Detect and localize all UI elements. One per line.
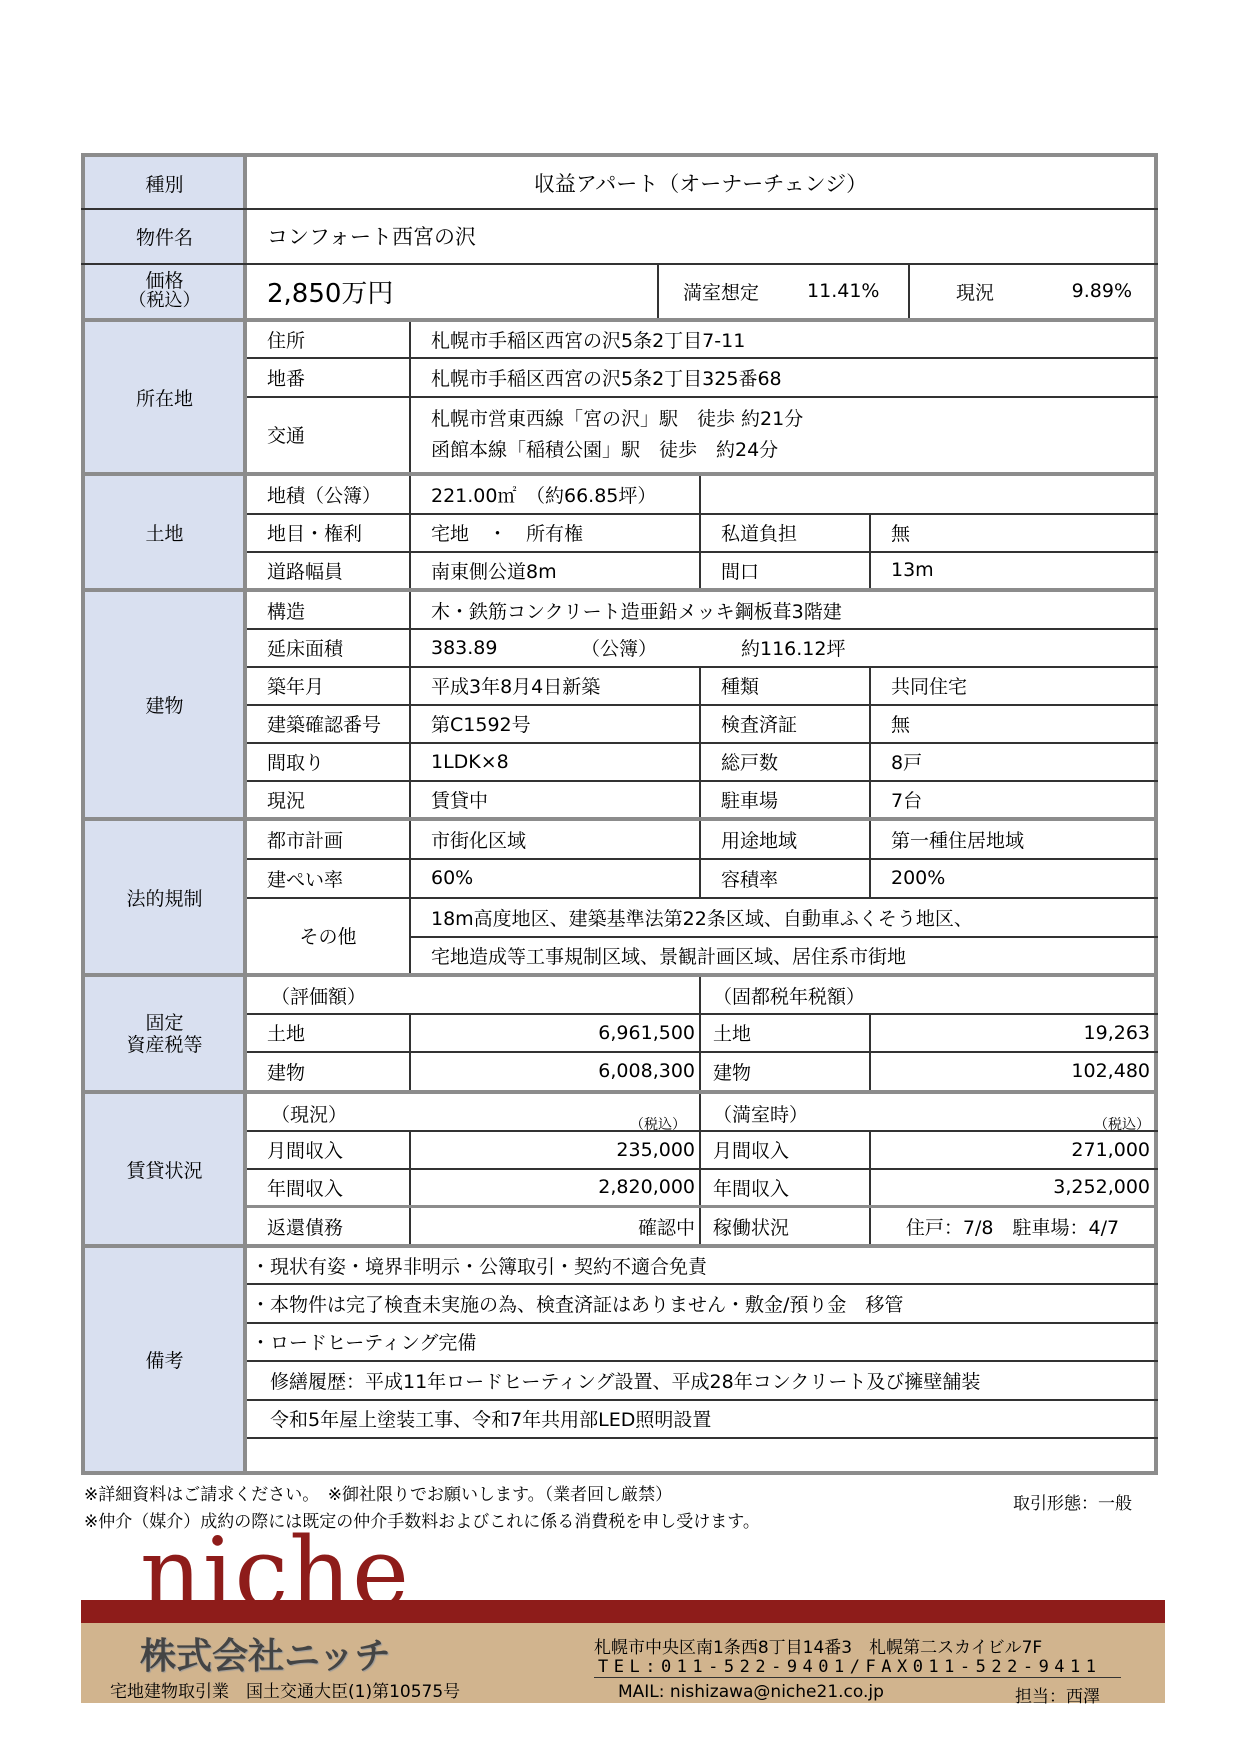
land-row-value: 221.00㎡ （約66.85坪） — [411, 476, 699, 513]
value-text: 約116.12坪 — [741, 634, 845, 661]
label-text: 資産税等 — [126, 1034, 202, 1056]
value-text: 無 — [891, 519, 910, 546]
land-row-value: 宅地 ・ 所有権 — [411, 514, 699, 551]
tax-row-label2: 建物 — [701, 1052, 869, 1090]
building-row-label2: 総戸数 — [701, 743, 869, 780]
value-text: 6,961,500 — [598, 1022, 695, 1044]
price-text: 2,850万円 — [267, 273, 393, 310]
structure-label: 構造 — [247, 592, 409, 628]
tax-row-label: 土地 — [247, 1014, 409, 1051]
value-text: 住戸：7/8 駐車場：4/7 — [906, 1213, 1119, 1240]
value-text: 18m高度地区、建築基準法第22条区域、自動車ふくそう地区、 — [431, 904, 973, 931]
legal-row-value2: 200% — [871, 859, 1154, 897]
label-text: （固都税年税額） — [713, 982, 865, 1009]
other-value-line: 宅地造成等工事規制区域、景観計画区域、居住系市街地 — [411, 937, 1154, 973]
value-text: 221.00㎡ （約66.85坪） — [431, 481, 656, 508]
yield-full-value: 11.41% — [807, 280, 879, 302]
label-remarks: 備考 — [85, 1248, 244, 1471]
value-text: 市街化区域 — [431, 826, 526, 853]
building-row-label: 現況 — [247, 781, 409, 817]
label-text: 築年月 — [267, 672, 324, 699]
value-text: 無 — [891, 710, 910, 737]
type-value: 収益アパート（オーナーチェンジ） — [247, 157, 1154, 208]
label-text: 土地 — [267, 1019, 305, 1046]
land-row-label: 地積（公簿） — [247, 476, 409, 513]
value-text: 2,820,000 — [598, 1176, 695, 1198]
label-text: 返還債務 — [267, 1213, 343, 1240]
company-name: 株式会社ニッチ — [140, 1628, 391, 1679]
building-row-label2: 検査済証 — [701, 705, 869, 742]
label-text: 月間収入 — [713, 1136, 789, 1163]
label-text: 地目・権利 — [267, 519, 362, 546]
label-text: 価格 — [145, 271, 183, 291]
tel-fax: TEL:011-522-9401/FAX011-522-9411 — [594, 1657, 1121, 1678]
label-text: 都市計画 — [267, 826, 343, 853]
rental-row-value: 2,820,000 — [411, 1169, 699, 1205]
remark-line: 令和5年屋上塗装工事、令和7年共用部LED照明設置 — [247, 1400, 1154, 1437]
label-text: 年間収入 — [713, 1174, 789, 1201]
brand-band — [81, 1600, 1165, 1623]
transit-line: 札幌市営東西線「宮の沢」駅 徒歩 約21分 — [431, 404, 803, 435]
building-row-value: 賃貸中 — [411, 781, 699, 817]
label-text: 道路幅員 — [267, 557, 343, 584]
transit-label: 交通 — [247, 397, 409, 472]
value-text: 札幌市手稲区西宮の沢5条2丁目7-11 — [431, 326, 745, 353]
remark-text: ・本物件は完了検査未実施の為、検査済証はありません・敷金/預り金 移管 — [251, 1290, 903, 1317]
annual-tax-header: （固都税年税額） — [701, 977, 1154, 1013]
label-text: 建物 — [267, 1058, 305, 1085]
remark-text: 令和5年屋上塗装工事、令和7年共用部LED照明設置 — [251, 1405, 711, 1432]
value-text: 確認中 — [638, 1213, 695, 1240]
mail-text[interactable]: MAIL: nishizawa@niche21.co.jp — [618, 1682, 884, 1702]
contact-person: 担当：西澤 — [1015, 1682, 1100, 1707]
remark-text: ・現状有姿・境界非明示・公簿取引・契約不適合免責 — [251, 1252, 707, 1279]
label-text: （税込） — [129, 291, 201, 311]
value-text: 13m — [891, 559, 934, 581]
label-text: （現況） — [271, 1100, 347, 1127]
value-text: 南東側公道8m — [431, 557, 557, 584]
price-value: 2,850万円 — [247, 264, 657, 318]
label-text: 私道負担 — [721, 519, 797, 546]
label-price: 価格 （税込） — [85, 264, 244, 318]
tax-row-value: 6,008,300 — [411, 1052, 699, 1090]
property-name: コンフォート西宮の沢 — [247, 209, 1154, 263]
tax-row-label: 建物 — [247, 1052, 409, 1090]
building-row-label: 築年月 — [247, 667, 409, 704]
value-text: 7台 — [891, 786, 922, 813]
label-text: 用途地域 — [721, 826, 797, 853]
building-row-value2: 無 — [871, 705, 1154, 742]
yield-full-label: 満室想定 — [683, 278, 759, 305]
tel-text: TEL:011-522-9401/FAX011-522-9411 — [598, 1657, 1102, 1677]
debt-label: 返還債務 — [247, 1208, 409, 1244]
label-text: 間口 — [721, 557, 759, 584]
rental-row-value2: 271,000 — [871, 1131, 1154, 1168]
value-text: 1LDK×8 — [431, 751, 509, 773]
label-location: 所在地 — [85, 322, 244, 472]
address-value: 札幌市手稲区西宮の沢5条2丁目7-11 — [411, 322, 1154, 357]
label-building: 建物 — [85, 592, 244, 817]
rental-row-label: 年間収入 — [247, 1169, 409, 1205]
label-text: 年間収入 — [267, 1174, 343, 1201]
other-label: その他 — [247, 898, 409, 973]
value-text: 383.89 — [431, 637, 581, 659]
land-row-label2: 間口 — [701, 552, 869, 588]
value-text: 8戸 — [891, 748, 922, 775]
value-text: 第C1592号 — [431, 710, 531, 737]
value-text: 札幌市手稲区西宮の沢5条2丁目325番68 — [431, 364, 782, 391]
label-text: 土地 — [713, 1019, 751, 1046]
label-land: 土地 — [85, 476, 244, 588]
label-text: 土地 — [145, 519, 183, 546]
license-text: 宅地建物取引業 国土交通大臣(1)第10575号 — [110, 1682, 460, 1702]
label-text: 検査済証 — [721, 710, 797, 737]
remark-line — [247, 1438, 1154, 1471]
occupancy-value: 住戸：7/8 駐車場：4/7 — [871, 1208, 1154, 1244]
occupancy-label: 稼働状況 — [701, 1208, 869, 1244]
contact-text: 担当：西澤 — [1015, 1687, 1100, 1707]
label-text: 建ぺい率 — [267, 865, 343, 892]
value-text: 宅地 ・ 所有権 — [431, 519, 583, 546]
tax-row-label2: 土地 — [701, 1014, 869, 1051]
label-text: 種別 — [145, 170, 183, 197]
tax-row-value2: 19,263 — [871, 1014, 1154, 1051]
value-text: 共同住宅 — [891, 672, 967, 699]
company-address: 札幌市中央区南1条西8丁目14番3 札幌第二スカイビル7F — [594, 1633, 1042, 1658]
remark-line: ・現状有姿・境界非明示・公簿取引・契約不適合免責 — [247, 1248, 1154, 1283]
remark-text: 修繕履歴：平成11年ロードヒーティング設置、平成28年コンクリート及び擁壁舗装 — [251, 1367, 980, 1394]
rental-row-label: 月間収入 — [247, 1131, 409, 1168]
label-text: 建物 — [713, 1058, 751, 1085]
label-text: 月間収入 — [267, 1136, 343, 1163]
transit-value: 札幌市営東西線「宮の沢」駅 徒歩 約21分 函館本線「稲積公園」駅 徒歩 約24… — [411, 397, 1154, 472]
label-legal: 法的規制 — [85, 821, 244, 973]
other-value-line: 18m高度地区、建築基準法第22条区域、自動車ふくそう地区、 — [411, 898, 1154, 936]
type-text: 収益アパート（オーナーチェンジ） — [534, 168, 867, 198]
note-text: ※詳細資料はご請求ください。 ※御社限りでお願いします。（業者回し厳禁） — [84, 1485, 672, 1505]
note-text: 取引形態：一般 — [1013, 1494, 1132, 1514]
label-tax: 固定 資産税等 — [85, 977, 244, 1090]
tax-row-value: 6,961,500 — [411, 1014, 699, 1051]
label-text: 地番 — [267, 364, 305, 391]
floor-area-label: 延床面積 — [247, 629, 409, 666]
legal-row-value: 市街化区域 — [411, 821, 699, 858]
remark-line: 修繕履歴：平成11年ロードヒーティング設置、平成28年コンクリート及び擁壁舗装 — [247, 1361, 1154, 1399]
value-text: 平成3年8月4日新築 — [431, 672, 600, 699]
building-row-value2: 共同住宅 — [871, 667, 1154, 704]
value-text: 235,000 — [616, 1139, 695, 1161]
label-text: （満室時） — [713, 1100, 808, 1127]
label-text: 建物 — [145, 691, 183, 718]
value-text: 6,008,300 — [598, 1060, 695, 1082]
yield-full: 満室想定 11.41% — [659, 264, 909, 318]
yield-current-label: 現況 — [956, 278, 994, 305]
land-row-label: 地目・権利 — [247, 514, 409, 551]
mail-link[interactable]: MAIL: nishizawa@niche21.co.jp — [618, 1682, 884, 1702]
label-text: 固定 — [145, 1012, 183, 1034]
address-text: 札幌市中央区南1条西8丁目14番3 札幌第二スカイビル7F — [594, 1638, 1042, 1658]
label-text: 住所 — [267, 326, 305, 353]
land-row-label: 道路幅員 — [247, 552, 409, 588]
value-text: 60% — [431, 867, 473, 889]
value-text: 宅地造成等工事規制区域、景観計画区域、居住系市街地 — [431, 942, 906, 969]
label-text: 所在地 — [136, 384, 193, 411]
land-row-value2: 無 — [871, 514, 1154, 551]
label-text: 地積（公簿） — [267, 481, 381, 508]
building-row-value: 1LDK×8 — [411, 743, 699, 780]
address-label: 住所 — [247, 322, 409, 357]
legal-row-label: 都市計画 — [247, 821, 409, 858]
label-text: 駐車場 — [721, 786, 778, 813]
land-row-value: 南東側公道8m — [411, 552, 699, 588]
value-text: 賃貸中 — [431, 786, 488, 813]
value-text: 木・鉄筋コンクリート造亜鉛メッキ鋼板葺3階建 — [431, 597, 842, 624]
license-number: 宅地建物取引業 国土交通大臣(1)第10575号 — [110, 1677, 460, 1702]
building-row-value2: 7台 — [871, 781, 1154, 817]
building-row-value: 平成3年8月4日新築 — [411, 667, 699, 704]
legal-row-label2: 容積率 — [701, 859, 869, 897]
label-text: 賃貸状況 — [126, 1156, 202, 1183]
transit-line: 函館本線「稲積公園」駅 徒歩 約24分 — [431, 435, 778, 466]
transaction-type: 取引形態：一般 — [1013, 1489, 1132, 1514]
building-row-label: 建築確認番号 — [247, 705, 409, 742]
label-text: 交通 — [267, 421, 305, 448]
note-line: ※詳細資料はご請求ください。 ※御社限りでお願いします。（業者回し厳禁） — [84, 1480, 672, 1505]
label-text: 建築確認番号 — [267, 710, 381, 737]
label-text: その他 — [299, 922, 356, 949]
lot-value: 札幌市手稲区西宮の沢5条2丁目325番68 — [411, 358, 1154, 396]
rental-row-label2: 年間収入 — [701, 1169, 869, 1205]
value-text: 271,000 — [1071, 1139, 1150, 1161]
label-rental: 賃貸状況 — [85, 1094, 244, 1244]
legal-row-value2: 第一種住居地域 — [871, 821, 1154, 858]
building-row-value: 第C1592号 — [411, 705, 699, 742]
tax-row-value2: 102,480 — [871, 1052, 1154, 1090]
label-text: 容積率 — [721, 865, 778, 892]
property-name-text: コンフォート西宮の沢 — [267, 221, 476, 251]
rental-row-value: 235,000 — [411, 1131, 699, 1168]
label-text: 種類 — [721, 672, 759, 699]
label-text: 法的規制 — [126, 884, 202, 911]
label-text: 構造 — [267, 597, 305, 624]
label-text: （評価額） — [271, 982, 366, 1009]
building-row-label2: 駐車場 — [701, 781, 869, 817]
value-text: （公簿） — [581, 634, 741, 661]
value-text: 200% — [891, 867, 945, 889]
label-text: 延床面積 — [267, 634, 343, 661]
label-type: 種別 — [85, 157, 244, 209]
building-row-label2: 種類 — [701, 667, 869, 704]
remark-line: ・本物件は完了検査未実施の為、検査済証はありません・敷金/預り金 移管 — [247, 1284, 1154, 1322]
legal-row-value: 60% — [411, 859, 699, 897]
floor-area-value: 383.89 （公簿） 約116.12坪 — [411, 629, 1154, 666]
label-text: 現況 — [267, 786, 305, 813]
land-row-value2: 13m — [871, 552, 1154, 588]
lot-label: 地番 — [247, 358, 409, 396]
label-text: 備考 — [145, 1346, 183, 1373]
label-name: 物件名 — [85, 209, 244, 264]
label-text: 物件名 — [136, 223, 193, 250]
remark-line: ・ロードヒーティング完備 — [247, 1323, 1154, 1360]
value-text: 102,480 — [1071, 1060, 1150, 1082]
yield-current: 現況 9.89% — [910, 264, 1154, 318]
value-text: 19,263 — [1084, 1022, 1150, 1044]
land-row-label2: 私道負担 — [701, 514, 869, 551]
remark-text: ・ロードヒーティング完備 — [251, 1328, 476, 1355]
full-header: （満室時） — [701, 1094, 1154, 1130]
assessed-header: （評価額） — [247, 977, 699, 1013]
building-row-label: 間取り — [247, 743, 409, 780]
label-text: 総戸数 — [721, 748, 778, 775]
label-text: 間取り — [267, 748, 324, 775]
value-text: 3,252,000 — [1053, 1176, 1150, 1198]
debt-value: 確認中 — [411, 1208, 699, 1244]
legal-row-label2: 用途地域 — [701, 821, 869, 858]
company-text: 株式会社ニッチ — [140, 1636, 391, 1677]
yield-current-value: 9.89% — [1072, 280, 1132, 302]
structure-value: 木・鉄筋コンクリート造亜鉛メッキ鋼板葺3階建 — [411, 592, 1154, 628]
value-text: 第一種住居地域 — [891, 826, 1024, 853]
building-row-value2: 8戸 — [871, 743, 1154, 780]
legal-row-label: 建ぺい率 — [247, 859, 409, 897]
label-text: 稼働状況 — [713, 1213, 789, 1240]
rental-row-label2: 月間収入 — [701, 1131, 869, 1168]
rental-row-value2: 3,252,000 — [871, 1169, 1154, 1205]
